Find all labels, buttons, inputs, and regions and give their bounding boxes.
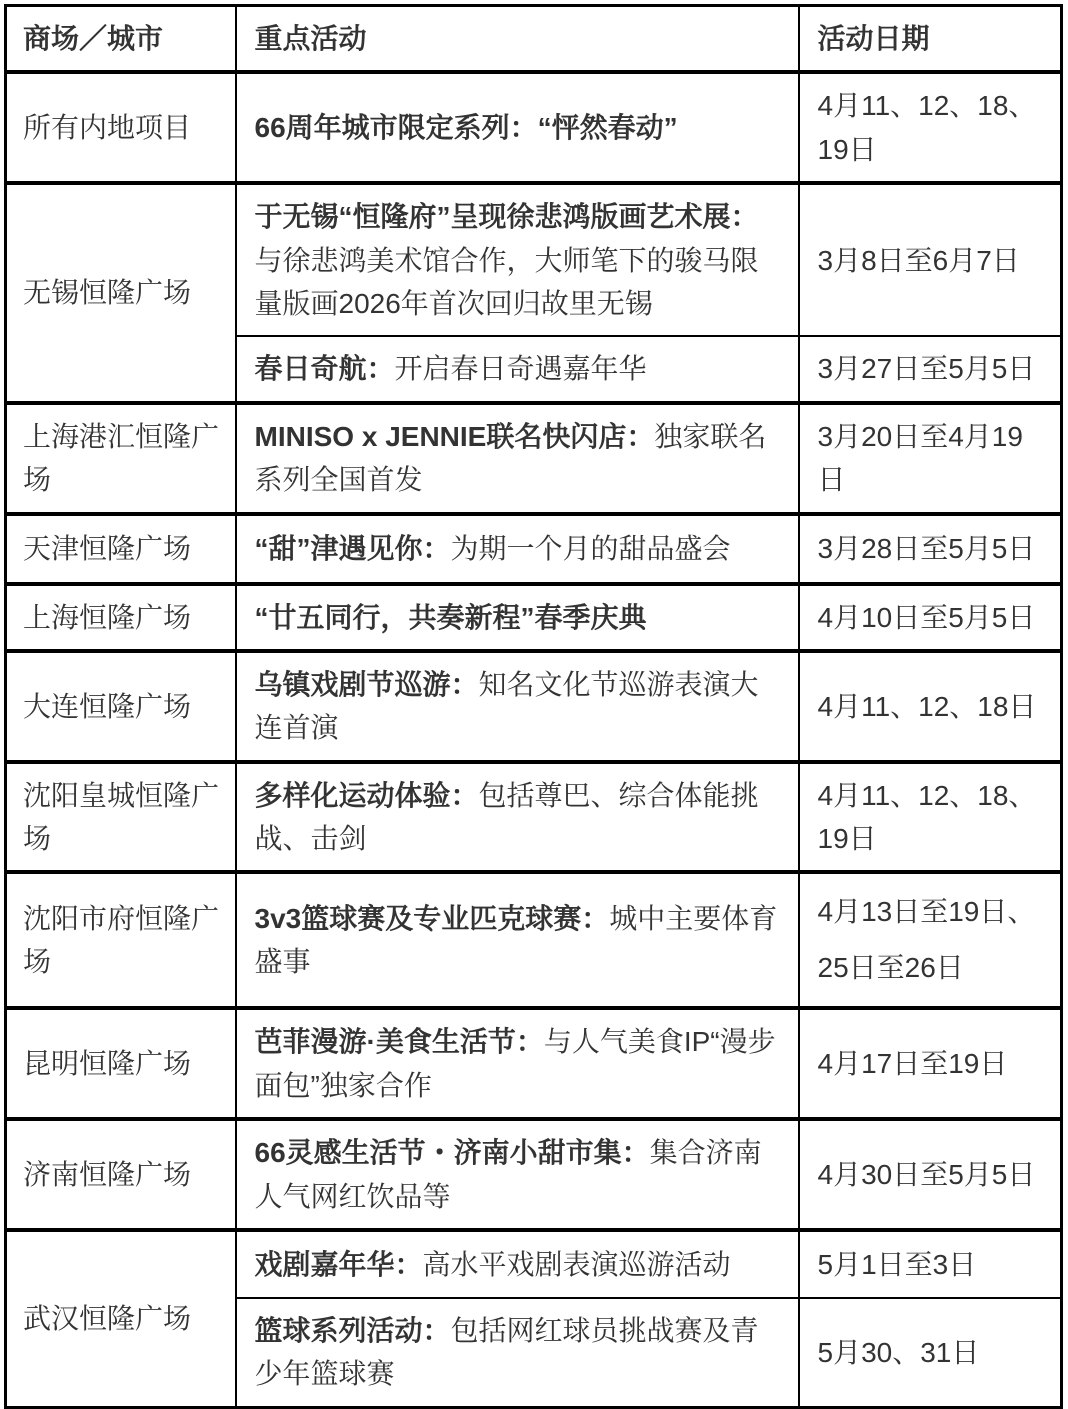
date-cell: 3月20日至4月19日 bbox=[799, 403, 1062, 514]
table-row: 天津恒隆广场 “甜”津遇见你：为期一个月的甜品盛会 3月28日至5月5日 bbox=[6, 514, 1062, 584]
activity-desc: 高水平戏剧表演巡游活动 bbox=[423, 1249, 731, 1280]
date-cell: 4月30日至5月5日 bbox=[799, 1119, 1062, 1230]
table-row: 上海恒隆广场 “廿五同行，共奏新程”春季庆典 4月10日至5月5日 bbox=[6, 584, 1062, 651]
activity-cell: 3v3篮球赛及专业匹克球赛：城中主要体育盛事 bbox=[236, 872, 799, 1008]
mall-cell: 沈阳市府恒隆广场 bbox=[6, 872, 236, 1008]
activity-cell: 春日奇航：开启春日奇遇嘉年华 bbox=[236, 336, 799, 402]
date-cell: 3月8日至6月7日 bbox=[799, 183, 1062, 336]
date-cell: 3月28日至5月5日 bbox=[799, 514, 1062, 584]
activity-cell: 篮球系列活动：包括网红球员挑战赛及青少年篮球赛 bbox=[236, 1298, 799, 1407]
activity-title: 乌镇戏剧节巡游： bbox=[255, 669, 479, 700]
activity-title: 芭菲漫游·美食生活节： bbox=[255, 1026, 544, 1057]
activity-cell: MINISO x JENNIE联名快闪店：独家联名系列全国首发 bbox=[236, 403, 799, 514]
activity-cell: 戏剧嘉年华：高水平戏剧表演巡游活动 bbox=[236, 1230, 799, 1298]
table-row: 上海港汇恒隆广场 MINISO x JENNIE联名快闪店：独家联名系列全国首发… bbox=[6, 403, 1062, 514]
activity-title: 篮球系列活动： bbox=[255, 1315, 451, 1346]
activity-title: 66灵感生活节・济南小甜市集： bbox=[255, 1137, 650, 1168]
activity-cell: 于无锡“恒隆府”呈现徐悲鸿版画艺术展：与徐悲鸿美术馆合作，大师笔下的骏马限量版画… bbox=[236, 183, 799, 336]
table-row: 武汉恒隆广场 戏剧嘉年华：高水平戏剧表演巡游活动 5月1日至3日 bbox=[6, 1230, 1062, 1298]
mall-cell: 昆明恒隆广场 bbox=[6, 1008, 236, 1119]
date-cell: 5月1日至3日 bbox=[799, 1230, 1062, 1298]
date-cell: 4月11、12、18日 bbox=[799, 651, 1062, 762]
activity-desc: 与徐悲鸿美术馆合作，大师笔下的骏马限量版画2026年首次回归故里无锡 bbox=[255, 245, 759, 319]
activity-title: MINISO x JENNIE联名快闪店： bbox=[255, 421, 655, 452]
table-row: 昆明恒隆广场 芭菲漫游·美食生活节：与人气美食IP“漫步面包”独家合作 4月17… bbox=[6, 1008, 1062, 1119]
activity-title: 3v3篮球赛及专业匹克球赛： bbox=[255, 903, 610, 934]
mall-cell: 所有内地项目 bbox=[6, 72, 236, 183]
activity-title: “甜”津遇见你： bbox=[255, 533, 451, 564]
date-cell: 4月10日至5月5日 bbox=[799, 584, 1062, 651]
activity-title: 戏剧嘉年华： bbox=[255, 1249, 423, 1280]
date-cell: 4月11、12、18、19日 bbox=[799, 762, 1062, 873]
activity-cell: 乌镇戏剧节巡游：知名文化节巡游表演大连首演 bbox=[236, 651, 799, 762]
activity-title: 多样化运动体验： bbox=[255, 780, 479, 811]
header-activity-dates: 活动日期 bbox=[799, 6, 1062, 73]
mall-cell: 武汉恒隆广场 bbox=[6, 1230, 236, 1407]
table-row: 所有内地项目 66周年城市限定系列：“怦然春动” 4月11、12、18、19日 bbox=[6, 72, 1062, 183]
mall-cell: 大连恒隆广场 bbox=[6, 651, 236, 762]
date-cell: 4月11、12、18、19日 bbox=[799, 72, 1062, 183]
activity-cell: 66灵感生活节・济南小甜市集：集合济南人气网红饮品等 bbox=[236, 1119, 799, 1230]
mall-cell: 济南恒隆广场 bbox=[6, 1119, 236, 1230]
table-row: 济南恒隆广场 66灵感生活节・济南小甜市集：集合济南人气网红饮品等 4月30日至… bbox=[6, 1119, 1062, 1230]
mall-cell: 上海恒隆广场 bbox=[6, 584, 236, 651]
mall-cell: 无锡恒隆广场 bbox=[6, 183, 236, 403]
mall-cell: 上海港汇恒隆广场 bbox=[6, 403, 236, 514]
activity-title: 66周年城市限定系列：“怦然春动” bbox=[255, 112, 678, 143]
date-cell: 4月13日至19日、 25日至26日 bbox=[799, 872, 1062, 1008]
mall-cell: 天津恒隆广场 bbox=[6, 514, 236, 584]
activity-cell: “甜”津遇见你：为期一个月的甜品盛会 bbox=[236, 514, 799, 584]
table-row: 无锡恒隆广场 于无锡“恒隆府”呈现徐悲鸿版画艺术展：与徐悲鸿美术馆合作，大师笔下… bbox=[6, 183, 1062, 336]
activity-cell: 多样化运动体验：包括尊巴、综合体能挑战、击剑 bbox=[236, 762, 799, 873]
table-row: 沈阳皇城恒隆广场 多样化运动体验：包括尊巴、综合体能挑战、击剑 4月11、12、… bbox=[6, 762, 1062, 873]
activity-cell: 66周年城市限定系列：“怦然春动” bbox=[236, 72, 799, 183]
table-header-row: 商场／城市 重点活动 活动日期 bbox=[6, 6, 1062, 73]
activity-cell: 芭菲漫游·美食生活节：与人气美食IP“漫步面包”独家合作 bbox=[236, 1008, 799, 1119]
date-cell: 3月27日至5月5日 bbox=[799, 336, 1062, 402]
date-cell: 4月17日至19日 bbox=[799, 1008, 1062, 1119]
activity-desc: 为期一个月的甜品盛会 bbox=[451, 533, 731, 564]
mall-cell: 沈阳皇城恒隆广场 bbox=[6, 762, 236, 873]
page: 商场／城市 重点活动 活动日期 所有内地项目 66周年城市限定系列：“怦然春动”… bbox=[0, 0, 1068, 1250]
activity-title: 于无锡“恒隆府”呈现徐悲鸿版画艺术展： bbox=[255, 201, 759, 232]
events-table: 商场／城市 重点活动 活动日期 所有内地项目 66周年城市限定系列：“怦然春动”… bbox=[4, 4, 1063, 1409]
date-cell: 5月30、31日 bbox=[799, 1298, 1062, 1407]
header-key-activities: 重点活动 bbox=[236, 6, 799, 73]
table-row: 大连恒隆广场 乌镇戏剧节巡游：知名文化节巡游表演大连首演 4月11、12、18日 bbox=[6, 651, 1062, 762]
activity-desc: 开启春日奇遇嘉年华 bbox=[395, 353, 647, 384]
activity-cell: “廿五同行，共奏新程”春季庆典 bbox=[236, 584, 799, 651]
header-mall-city: 商场／城市 bbox=[6, 6, 236, 73]
table-row: 沈阳市府恒隆广场 3v3篮球赛及专业匹克球赛：城中主要体育盛事 4月13日至19… bbox=[6, 872, 1062, 1008]
activity-title: “廿五同行，共奏新程”春季庆典 bbox=[255, 602, 647, 633]
activity-title: 春日奇航： bbox=[255, 353, 395, 384]
